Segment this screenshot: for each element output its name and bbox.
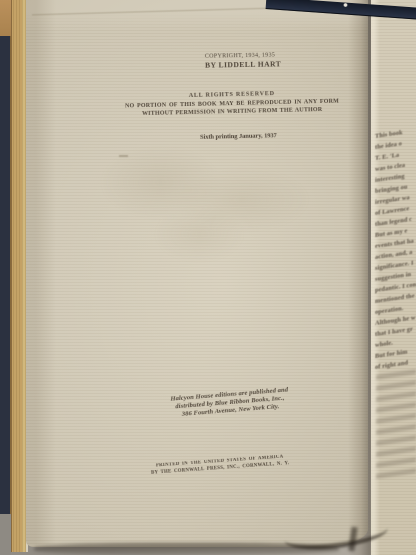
right-page-text: This bookthe idea oT. E. 'Lawas to cleai… xyxy=(375,120,416,373)
printing-edition-notice: Sixth printing January, 1937 xyxy=(200,132,277,141)
book-photo: COPYRIGHT, 1934, 1935 BY LIDDELL HART AL… xyxy=(0,0,416,555)
printer-notice: PRINTED IN THE UNITED STATES OF AMERICA … xyxy=(49,447,391,484)
right-page-partial: This bookthe idea oT. E. 'Lawas to cleai… xyxy=(371,0,416,555)
book-cover-and-page-edges xyxy=(0,0,28,552)
table-surface-bottom-left xyxy=(0,514,11,555)
left-page-text: COPYRIGHT, 1934, 1935 BY LIDDELL HART AL… xyxy=(26,0,368,547)
left-page: COPYRIGHT, 1934, 1935 BY LIDDELL HART AL… xyxy=(26,0,368,547)
author-line: BY LIDDELL HART xyxy=(205,59,281,69)
gilt-page-edges xyxy=(10,0,26,552)
glare-highlight xyxy=(343,3,348,7)
copyright-notice: COPYRIGHT, 1934, 1935 BY LIDDELL HART xyxy=(205,52,281,69)
cover-corner-tan xyxy=(0,0,11,36)
right-page-blurred-text xyxy=(376,369,416,481)
